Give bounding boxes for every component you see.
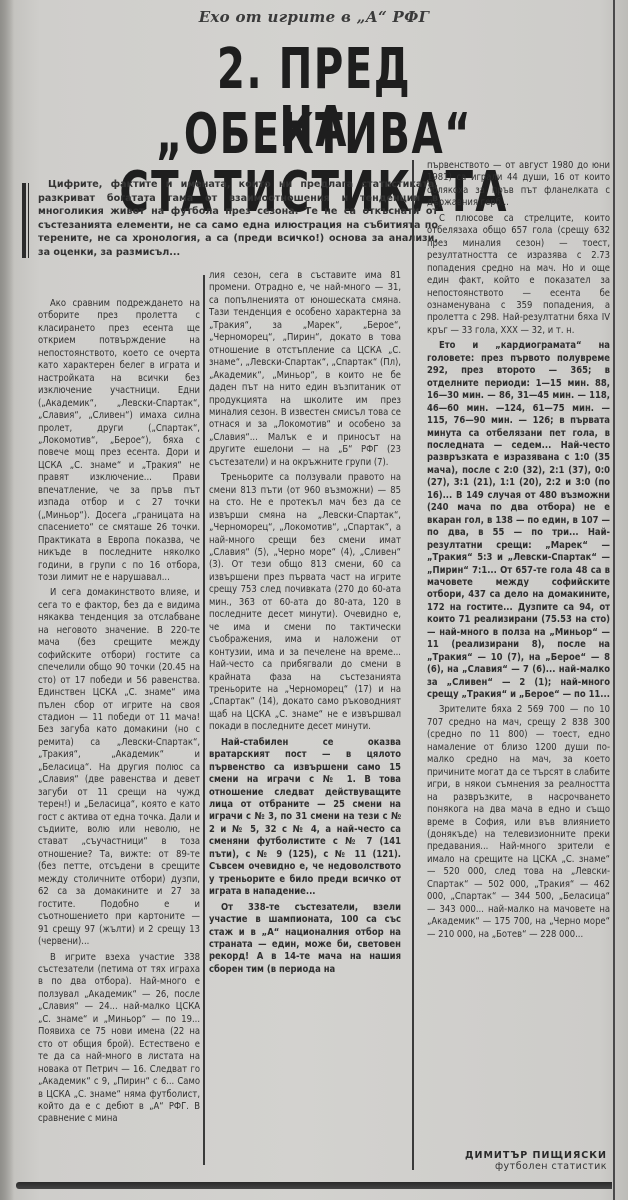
paragraph: Най-стабилен се оказва вратарският пост … [209,737,401,899]
right-column-rule [613,0,615,1200]
bottom-rule [16,1182,612,1189]
paragraph: лия сезон, сега в съставите има 81 проме… [209,270,401,469]
lead-bar-decoration [22,183,26,258]
article-column-1: Ако сравним подреждането на отборите пре… [38,298,200,1129]
author-role: футболен статистик [427,1161,607,1172]
article-column-2: лия сезон, сега в съставите има 81 проме… [209,270,401,979]
paragraph: Треньорите са ползували правото на смени… [209,472,401,734]
paragraph: В игрите взеха участие 338 състезатели (… [38,952,200,1126]
author-name: ДИМИТЪР ПИЩИЯСКИ [427,1150,607,1161]
lead-paragraph: Цифрите, фактите и имената, които ни пре… [38,178,438,260]
paragraph: Ето и „кардиограмата“ на головете: през … [427,340,610,701]
kicker: Ехо от игрите в „А“ РФГ [0,8,628,26]
column-divider-1 [203,275,205,1165]
paragraph: С плюсове са стрелците, които отбелязаха… [427,213,610,338]
paragraph: От 338-те състезатели, взели участие в ш… [209,902,401,977]
paragraph: Зрителите бяха 2 569 700 — по 10 707 сре… [427,704,610,941]
paragraph: първенството — от август 1980 до юни 198… [427,160,610,210]
page-edge-shadow [0,0,14,1200]
lead-bar-decoration-thin [28,183,29,258]
article-column-3: първенството — от август 1980 до юни 198… [427,160,610,944]
paragraph: И сега домакинството влияе, и сега то е … [38,587,200,948]
newspaper-page: Ехо от игрите в „А“ РФГ 2. ПРЕД „ОБЕКТИВ… [0,0,628,1200]
paragraph: Ако сравним подреждането на отборите пре… [38,298,200,584]
column-divider-2 [412,160,414,1170]
byline: ДИМИТЪР ПИЩИЯСКИ футболен статистик [427,1150,607,1172]
